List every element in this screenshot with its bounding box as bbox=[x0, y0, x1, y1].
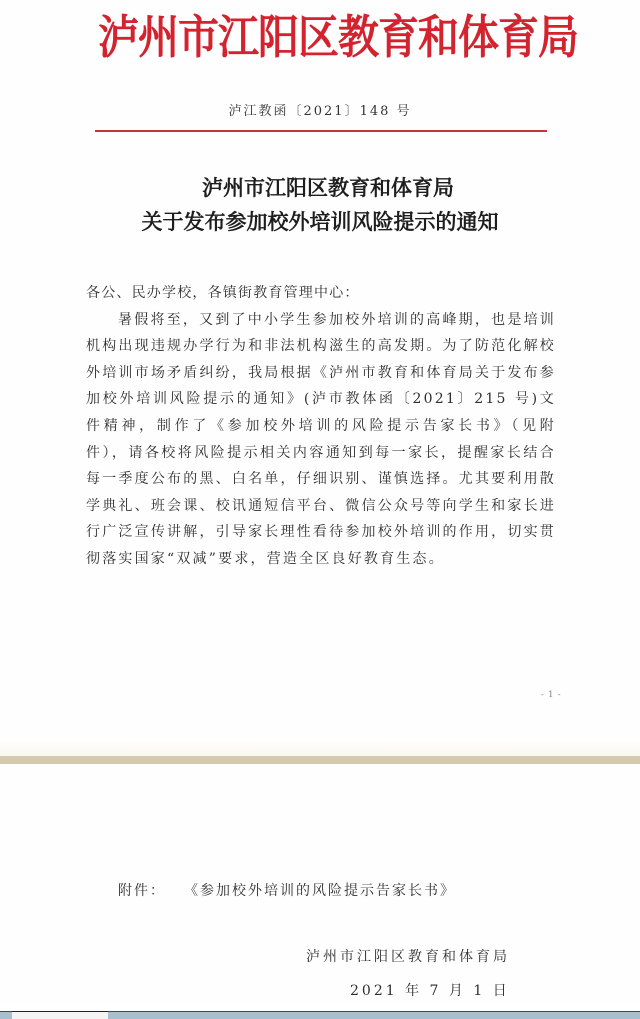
signature-date: 2021 年 7 月 1 日 bbox=[350, 980, 510, 1000]
attachment-label: 附件： bbox=[118, 883, 166, 899]
page-gap-shade bbox=[0, 740, 640, 756]
document-page-1: 泸州市江阳区教育和体育局 泸江教函〔2021〕148 号 泸州市江阳区教育和体育… bbox=[0, 0, 640, 756]
document-number: 泸江教函〔2021〕148 号 bbox=[0, 103, 640, 121]
viewer-bottom-bar-segment bbox=[12, 1011, 108, 1019]
signature-org: 泸州市江阳区教育和体育局 bbox=[306, 946, 510, 966]
attachment-line: 附件：《参加校外培训的风险提示告家长书》 bbox=[118, 880, 456, 900]
notice-title-line-1: 泸州市江阳区教育和体育局 bbox=[8, 174, 640, 202]
page-number: - 1 - bbox=[541, 690, 562, 699]
page-separator bbox=[0, 756, 640, 764]
notice-title-line-2: 关于发布参加校外培训风险提示的通知 bbox=[0, 208, 640, 236]
body-paragraph: 暑假将至，又到了中小学生参加校外培训的高峰期，也是培训机构出现违规办学行为和非法… bbox=[86, 307, 556, 573]
salutation: 各公、民办学校，各镇街教育管理中心： bbox=[86, 280, 556, 307]
notice-body: 各公、民办学校，各镇街教育管理中心： 暑假将至，又到了中小学生参加校外培训的高峰… bbox=[86, 280, 556, 573]
letterhead-red-rule bbox=[95, 130, 547, 132]
attachment-title: 《参加校外培训的风险提示告家长书》 bbox=[184, 883, 456, 899]
letterhead-org-name: 泸州市江阳区教育和体育局 bbox=[98, 6, 548, 69]
